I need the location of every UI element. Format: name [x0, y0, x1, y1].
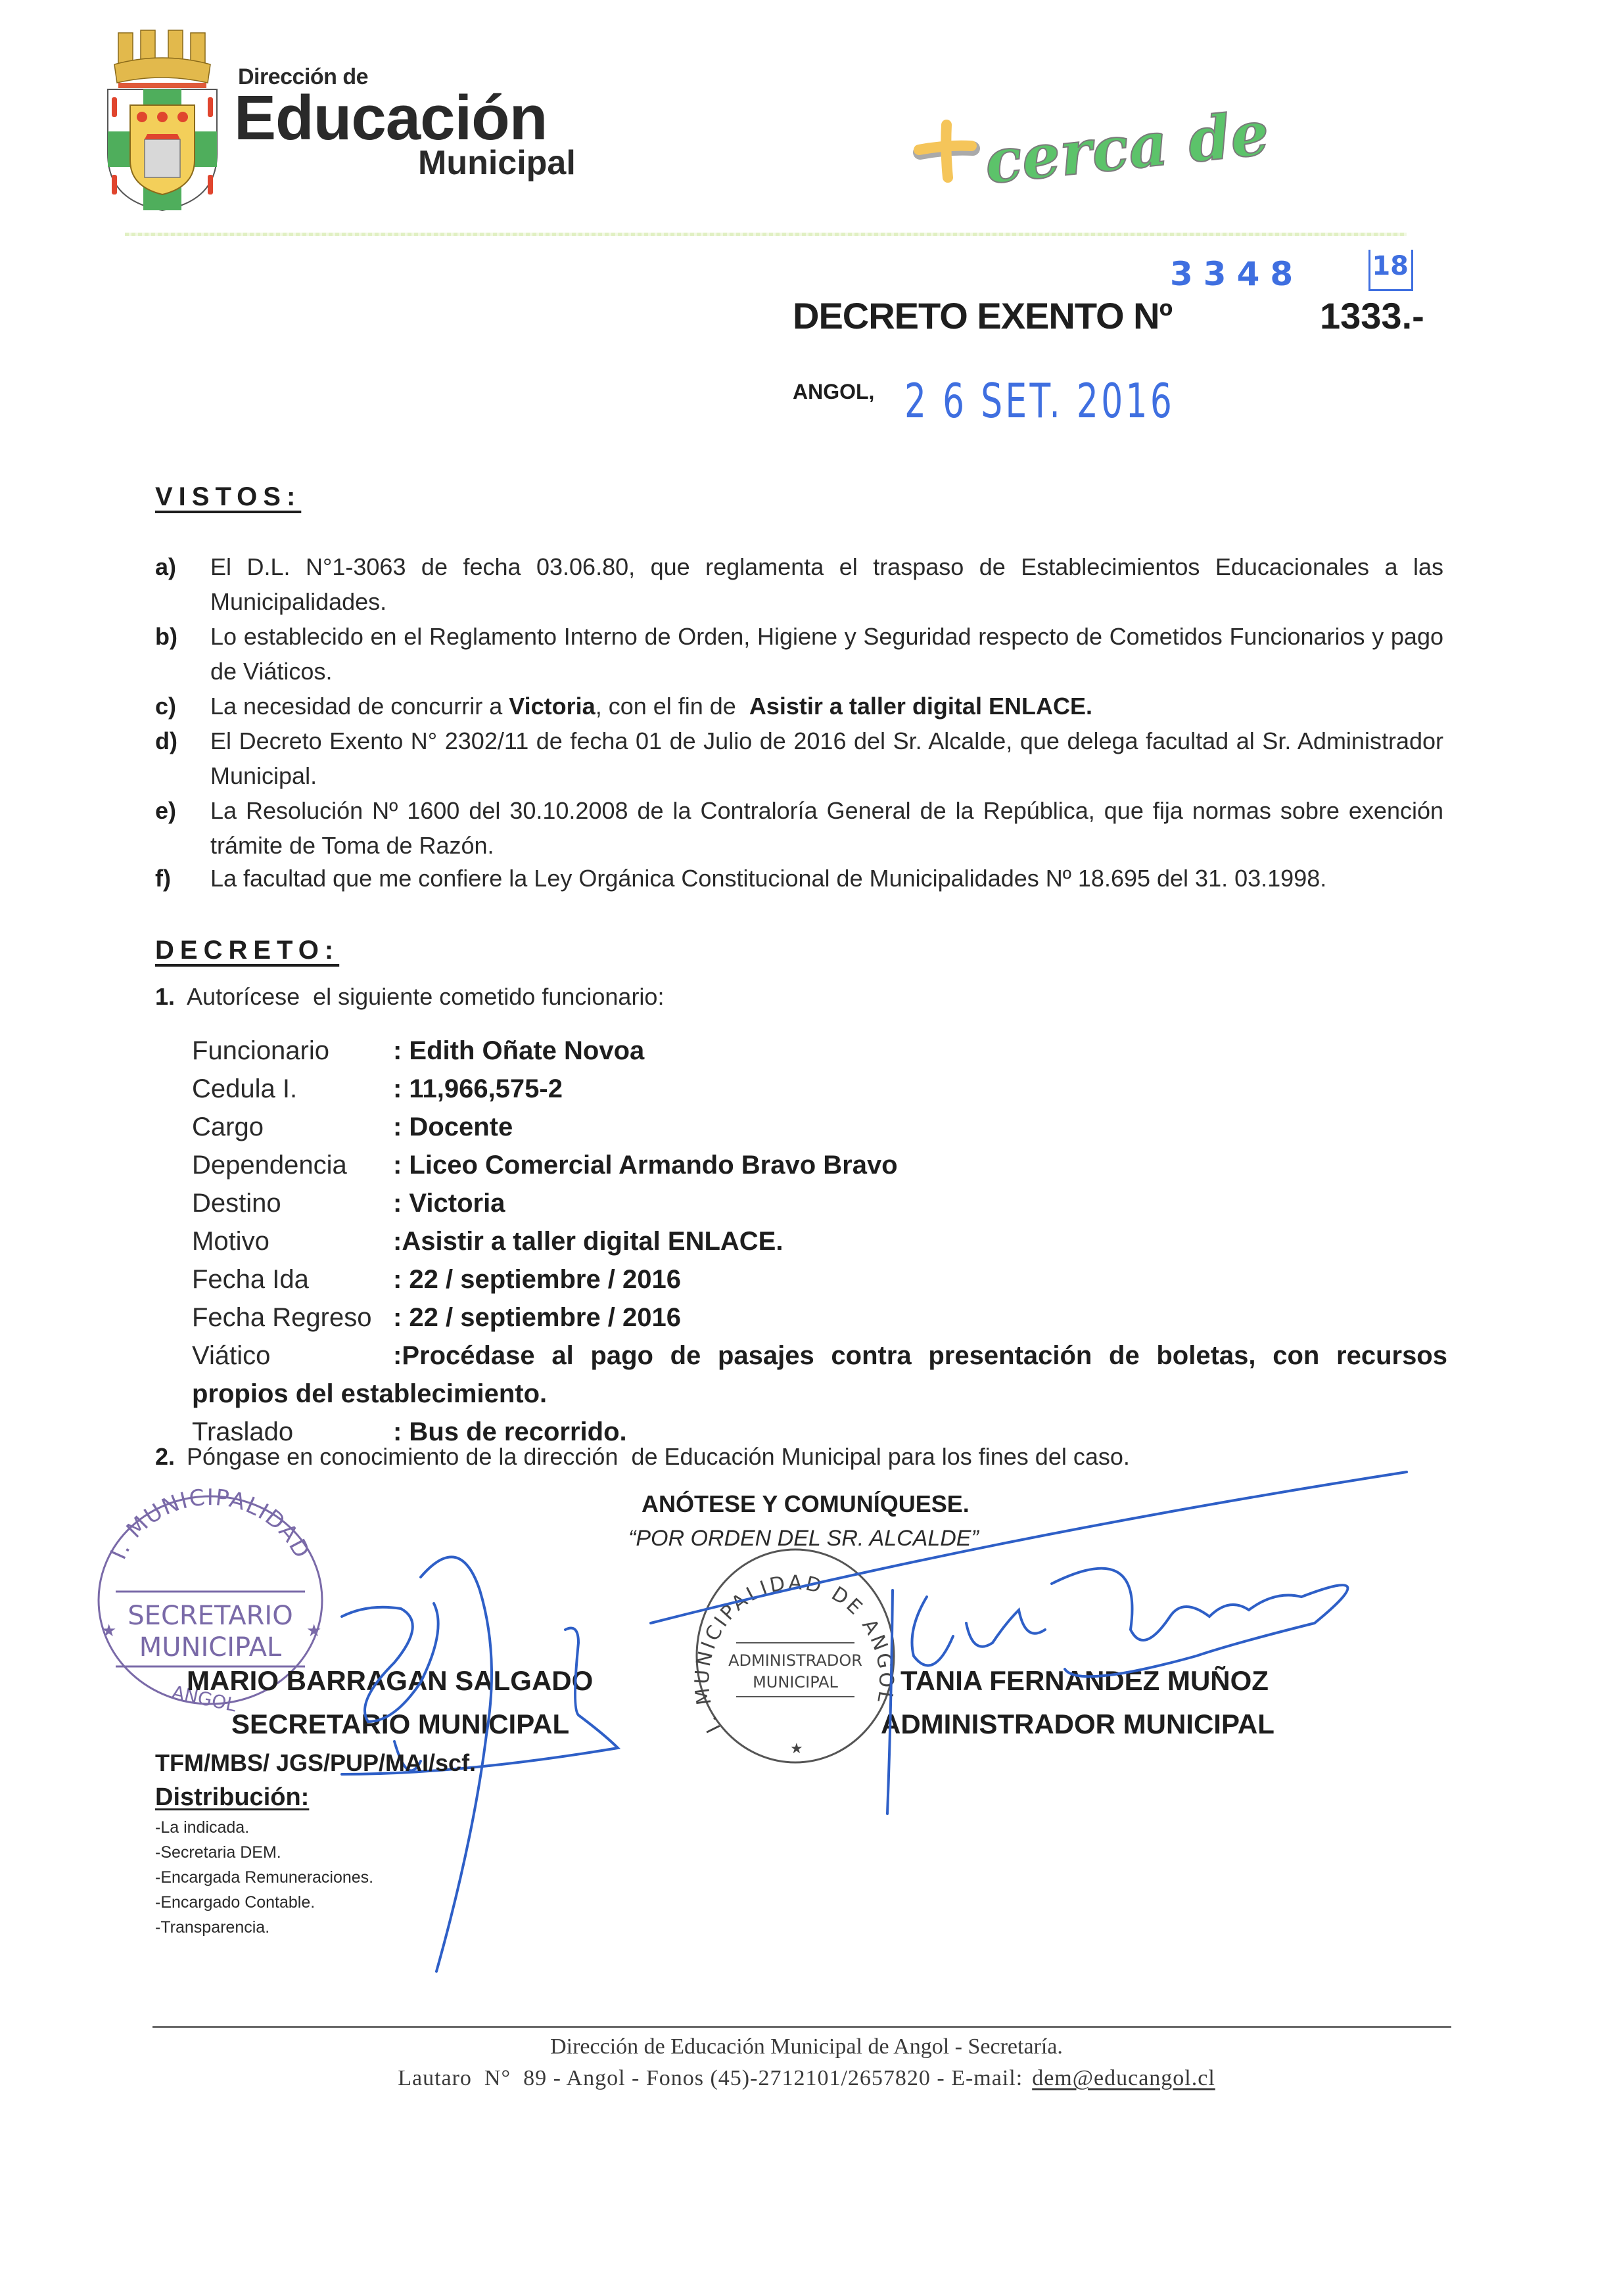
field-value: : 11,966,575-2 [393, 1074, 563, 1103]
administrador-seal-icon: I. MUNICIPALIDAD DE ANGOL ADMINISTRADOR … [690, 1544, 900, 1768]
vistos-item-e: e) La Resolución Nº 1600 del 30.10.2008 … [155, 793, 1443, 863]
left-signatory-name: MARIO BARRAGAN SALGADO [187, 1665, 593, 1697]
vistos-heading: VISTOS: [155, 482, 301, 512]
field-value: : 22 / septiembre / 2016 [393, 1265, 681, 1294]
item-text: La Resolución Nº 1600 del 30.10.2008 de … [210, 793, 1443, 863]
footer-address: Lautaro N° 89 - Angol - Fonos (45)-27121… [398, 2066, 1023, 2090]
field-row: Dependencia: Liceo Comercial Armando Bra… [192, 1146, 1447, 1184]
slogan-text: cerca de ti [981, 90, 1275, 191]
registry-stamp-mark: 18 [1368, 250, 1413, 291]
field-row: Cedula I.: 11,966,575-2 [192, 1070, 1447, 1108]
destination-bold: Victoria [509, 693, 595, 720]
field-row: Fecha Regreso: 22 / septiembre / 2016 [192, 1298, 1447, 1337]
anotese-text: ANÓTESE Y COMUNÍQUESE. [642, 1490, 970, 1518]
item-text: Póngase en conocimiento de la dirección … [187, 1443, 1130, 1470]
brand-line-municipal: Municipal [418, 146, 576, 180]
seal-line1: ADMINISTRADOR [728, 1651, 862, 1670]
distribution-list: -La indicada. -Secretaria DEM. -Encargad… [155, 1815, 373, 1940]
svg-text:I. MUNICIPALIDAD: I. MUNICIPALIDAD [105, 1484, 316, 1564]
field-label: Viático [192, 1337, 393, 1375]
field-value: : Bus de recorrido. [393, 1417, 627, 1446]
decree-title: DECRETO EXENTO Nº [793, 294, 1172, 337]
item-letter: c) [155, 689, 176, 723]
field-row: Viático:Procédase al pago de pasajes con… [192, 1337, 1447, 1413]
field-label: Cargo [192, 1108, 393, 1146]
field-value: : Victoria [393, 1189, 505, 1218]
field-value: : Liceo Comercial Armando Bravo Bravo [393, 1151, 898, 1180]
seal-line2: MUNICIPAL [753, 1673, 838, 1691]
field-label: Motivo [192, 1222, 393, 1260]
date-stamp: 2 6 SET. 2016 [904, 373, 1175, 428]
brand-line-educacion: Educación [234, 87, 547, 150]
item-letter: b) [155, 619, 177, 654]
distribution-item: -La indicada. [155, 1815, 373, 1840]
registry-stamp-number: 3348 [1170, 255, 1303, 293]
item-letter: e) [155, 793, 176, 828]
footer-email-link[interactable]: dem@educangol.cl [1032, 2066, 1215, 2090]
footer-divider [152, 2026, 1451, 2028]
distribution-item: -Encargada Remuneraciones. [155, 1865, 373, 1890]
item-number: 2. [155, 1443, 175, 1470]
field-row: Motivo:Asistir a taller digital ENLACE. [192, 1222, 1447, 1260]
footer-contact: Lautaro N° 89 - Angol - Fonos (45)-27121… [0, 2066, 1613, 2091]
decree-number: 1333.- [1320, 294, 1424, 337]
field-label: Cedula I. [192, 1070, 393, 1108]
field-value: : Docente [393, 1113, 513, 1141]
distribution-item: -Encargado Contable. [155, 1890, 373, 1915]
distribution-heading: Distribución: [155, 1783, 309, 1812]
field-row: Fecha Ida: 22 / septiembre / 2016 [192, 1260, 1447, 1298]
vistos-item-b: b) Lo establecido en el Reglamento Inter… [155, 619, 1443, 689]
seal-line2: MUNICIPAL [139, 1632, 282, 1663]
field-row: Cargo: Docente [192, 1108, 1447, 1146]
decreto-heading: DECRETO: [155, 936, 339, 965]
item-text: La facultad que me confiere la Ley Orgán… [210, 861, 1443, 896]
svg-text:★: ★ [101, 1620, 116, 1640]
item-text: La necesidad de concurrir a Victoria, co… [210, 689, 1443, 723]
field-label: Funcionario [192, 1032, 393, 1070]
seal-top-arc: I. MUNICIPALIDAD [105, 1484, 316, 1564]
left-signatory-title: SECRETARIO MUNICIPAL [231, 1709, 569, 1740]
field-label: Fecha Ida [192, 1260, 393, 1298]
field-label: Destino [192, 1184, 393, 1222]
vistos-item-a: a) El D.L. N°1-3063 de fecha 03.06.80, q… [155, 549, 1443, 619]
item-text: El D.L. N°1-3063 de fecha 03.06.80, que … [210, 549, 1443, 619]
reference-initials: TFM/MBS/ JGS/PUP/MAI/scf. [155, 1749, 476, 1777]
svg-text:★: ★ [306, 1620, 321, 1640]
item-letter: a) [155, 549, 176, 584]
field-value: : 22 / septiembre / 2016 [393, 1303, 681, 1332]
item-text: Autorícese el siguiente cometido funcion… [187, 983, 664, 1010]
field-label: Dependencia [192, 1146, 393, 1184]
registry-mark-text: 18 [1372, 251, 1409, 281]
vistos-item-d: d) El Decreto Exento N° 2302/11 de fecha… [155, 723, 1443, 793]
vistos-item-c: c) La necesidad de concurrir a Victoria,… [155, 689, 1443, 723]
purpose-bold: Asistir a taller digital ENLACE. [749, 693, 1092, 720]
item-letter: f) [155, 861, 171, 896]
item-letter: d) [155, 723, 177, 758]
field-value: : Edith Oñate Novoa [393, 1036, 644, 1065]
seal-line1: SECRETARIO [128, 1601, 292, 1631]
decree-place: ANGOL, [793, 380, 874, 404]
right-signatory-name: TANIA FERNANDEZ MUÑOZ [900, 1665, 1269, 1697]
svg-text:★: ★ [790, 1740, 803, 1756]
field-value: :Asistir a taller digital ENLACE. [393, 1227, 783, 1256]
item-text: El Decreto Exento N° 2302/11 de fecha 01… [210, 723, 1443, 793]
item-number: 1. [155, 983, 175, 1010]
header-separator [125, 233, 1407, 236]
distribution-item: -Transparencia. [155, 1915, 373, 1940]
decreto-item-2: 2.Póngase en conocimiento de la direcció… [155, 1443, 1130, 1471]
field-row: Funcionario: Edith Oñate Novoa [192, 1032, 1447, 1070]
footer-office: Dirección de Educación Municipal de Ango… [0, 2034, 1613, 2059]
slogan-logo: cerca de ti [907, 79, 1275, 191]
decreto-item-1: 1.Autorícese el siguiente cometido funci… [155, 983, 664, 1011]
field-label: Fecha Regreso [192, 1298, 393, 1337]
right-signatory-title: ADMINISTRADOR MUNICIPAL [881, 1709, 1274, 1740]
plus-icon [919, 125, 973, 177]
distribution-item: -Secretaria DEM. [155, 1840, 373, 1865]
angol-coat-of-arms-icon [104, 29, 221, 213]
vistos-item-f: f) La facultad que me confiere la Ley Or… [155, 861, 1443, 896]
item-text: Lo establecido en el Reglamento Interno … [210, 619, 1443, 689]
field-row: Destino: Victoria [192, 1184, 1447, 1222]
